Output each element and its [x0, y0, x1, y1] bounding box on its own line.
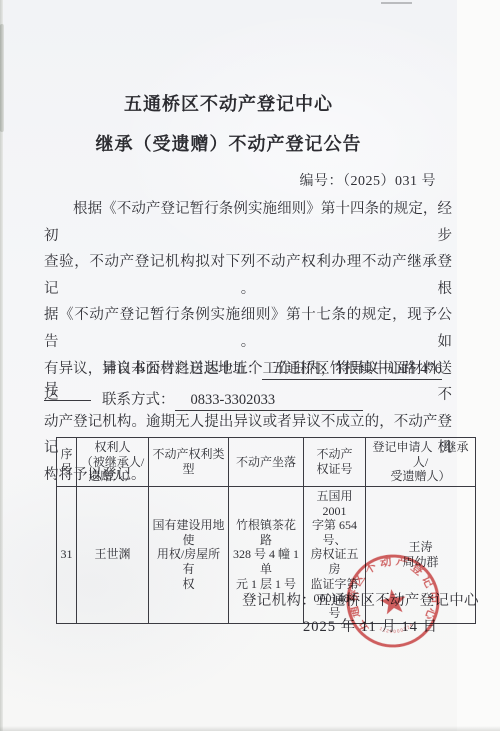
- contact-label: 联系方式：: [73, 388, 175, 409]
- table-header-row: 序 号 权利人 （被继承人/ 遗赠人） 不动产权利类型 不动产坐落 不动产 权证…: [57, 438, 476, 487]
- cell-serial: 31: [57, 486, 77, 623]
- header-location: 不动产坐落: [229, 438, 304, 487]
- scanned-notice-page: 五通桥区不动产登记中心 继承（受遗赠）不动产登记公告 编号：（2025）031 …: [0, 0, 500, 731]
- header-right-type: 不动产权利类型: [149, 438, 229, 487]
- star-icon: [379, 587, 408, 615]
- notice-title: 继承（受遗赠）不动产登记公告: [0, 130, 457, 156]
- scan-bottom-edge-artifact: [0, 726, 500, 731]
- cell-right-type: 国有建设用地使 用权/房屋所有 权: [149, 486, 229, 623]
- doc-number-value: （2025）031 号: [343, 174, 436, 189]
- body-line: 查验，不动产登记机构拟对下列不动产权利办理不动产继承登记。根: [44, 249, 452, 302]
- body-line: 据《不动产登记暂行条例实施细则》第十七条的规定，现予公告。如: [44, 302, 452, 355]
- body-line: 根据《不动产登记暂行条例实施细则》第十四条的规定，经初步: [44, 196, 452, 249]
- doc-number-line: 编号：（2025）031 号: [0, 170, 436, 190]
- contact-value: 0833-3302033: [175, 392, 364, 411]
- doc-number-label: 编号：: [300, 174, 344, 189]
- cell-rights-holder: 王世渊: [77, 486, 149, 623]
- contact-line: 联系方式：0833-3302033: [44, 388, 456, 409]
- scan-top-dash-artifact: [381, 2, 412, 4]
- seal-code: 1129000326: [378, 621, 415, 636]
- header-rights-holder: 权利人 （被继承人/ 遗赠人）: [77, 438, 149, 487]
- header-cert-number: 不动产 权证号: [304, 438, 366, 487]
- objection-address-label: 异议书面材料送达地址：: [73, 357, 262, 378]
- official-seal: 五通桥区不动产登记中心 1129000326: [337, 545, 450, 658]
- header-applicant: 登记申请人（继承人/ 受遗赠人）: [366, 438, 476, 487]
- header-serial: 序 号: [57, 438, 77, 487]
- org-title: 五通桥区不动产登记中心: [0, 90, 457, 116]
